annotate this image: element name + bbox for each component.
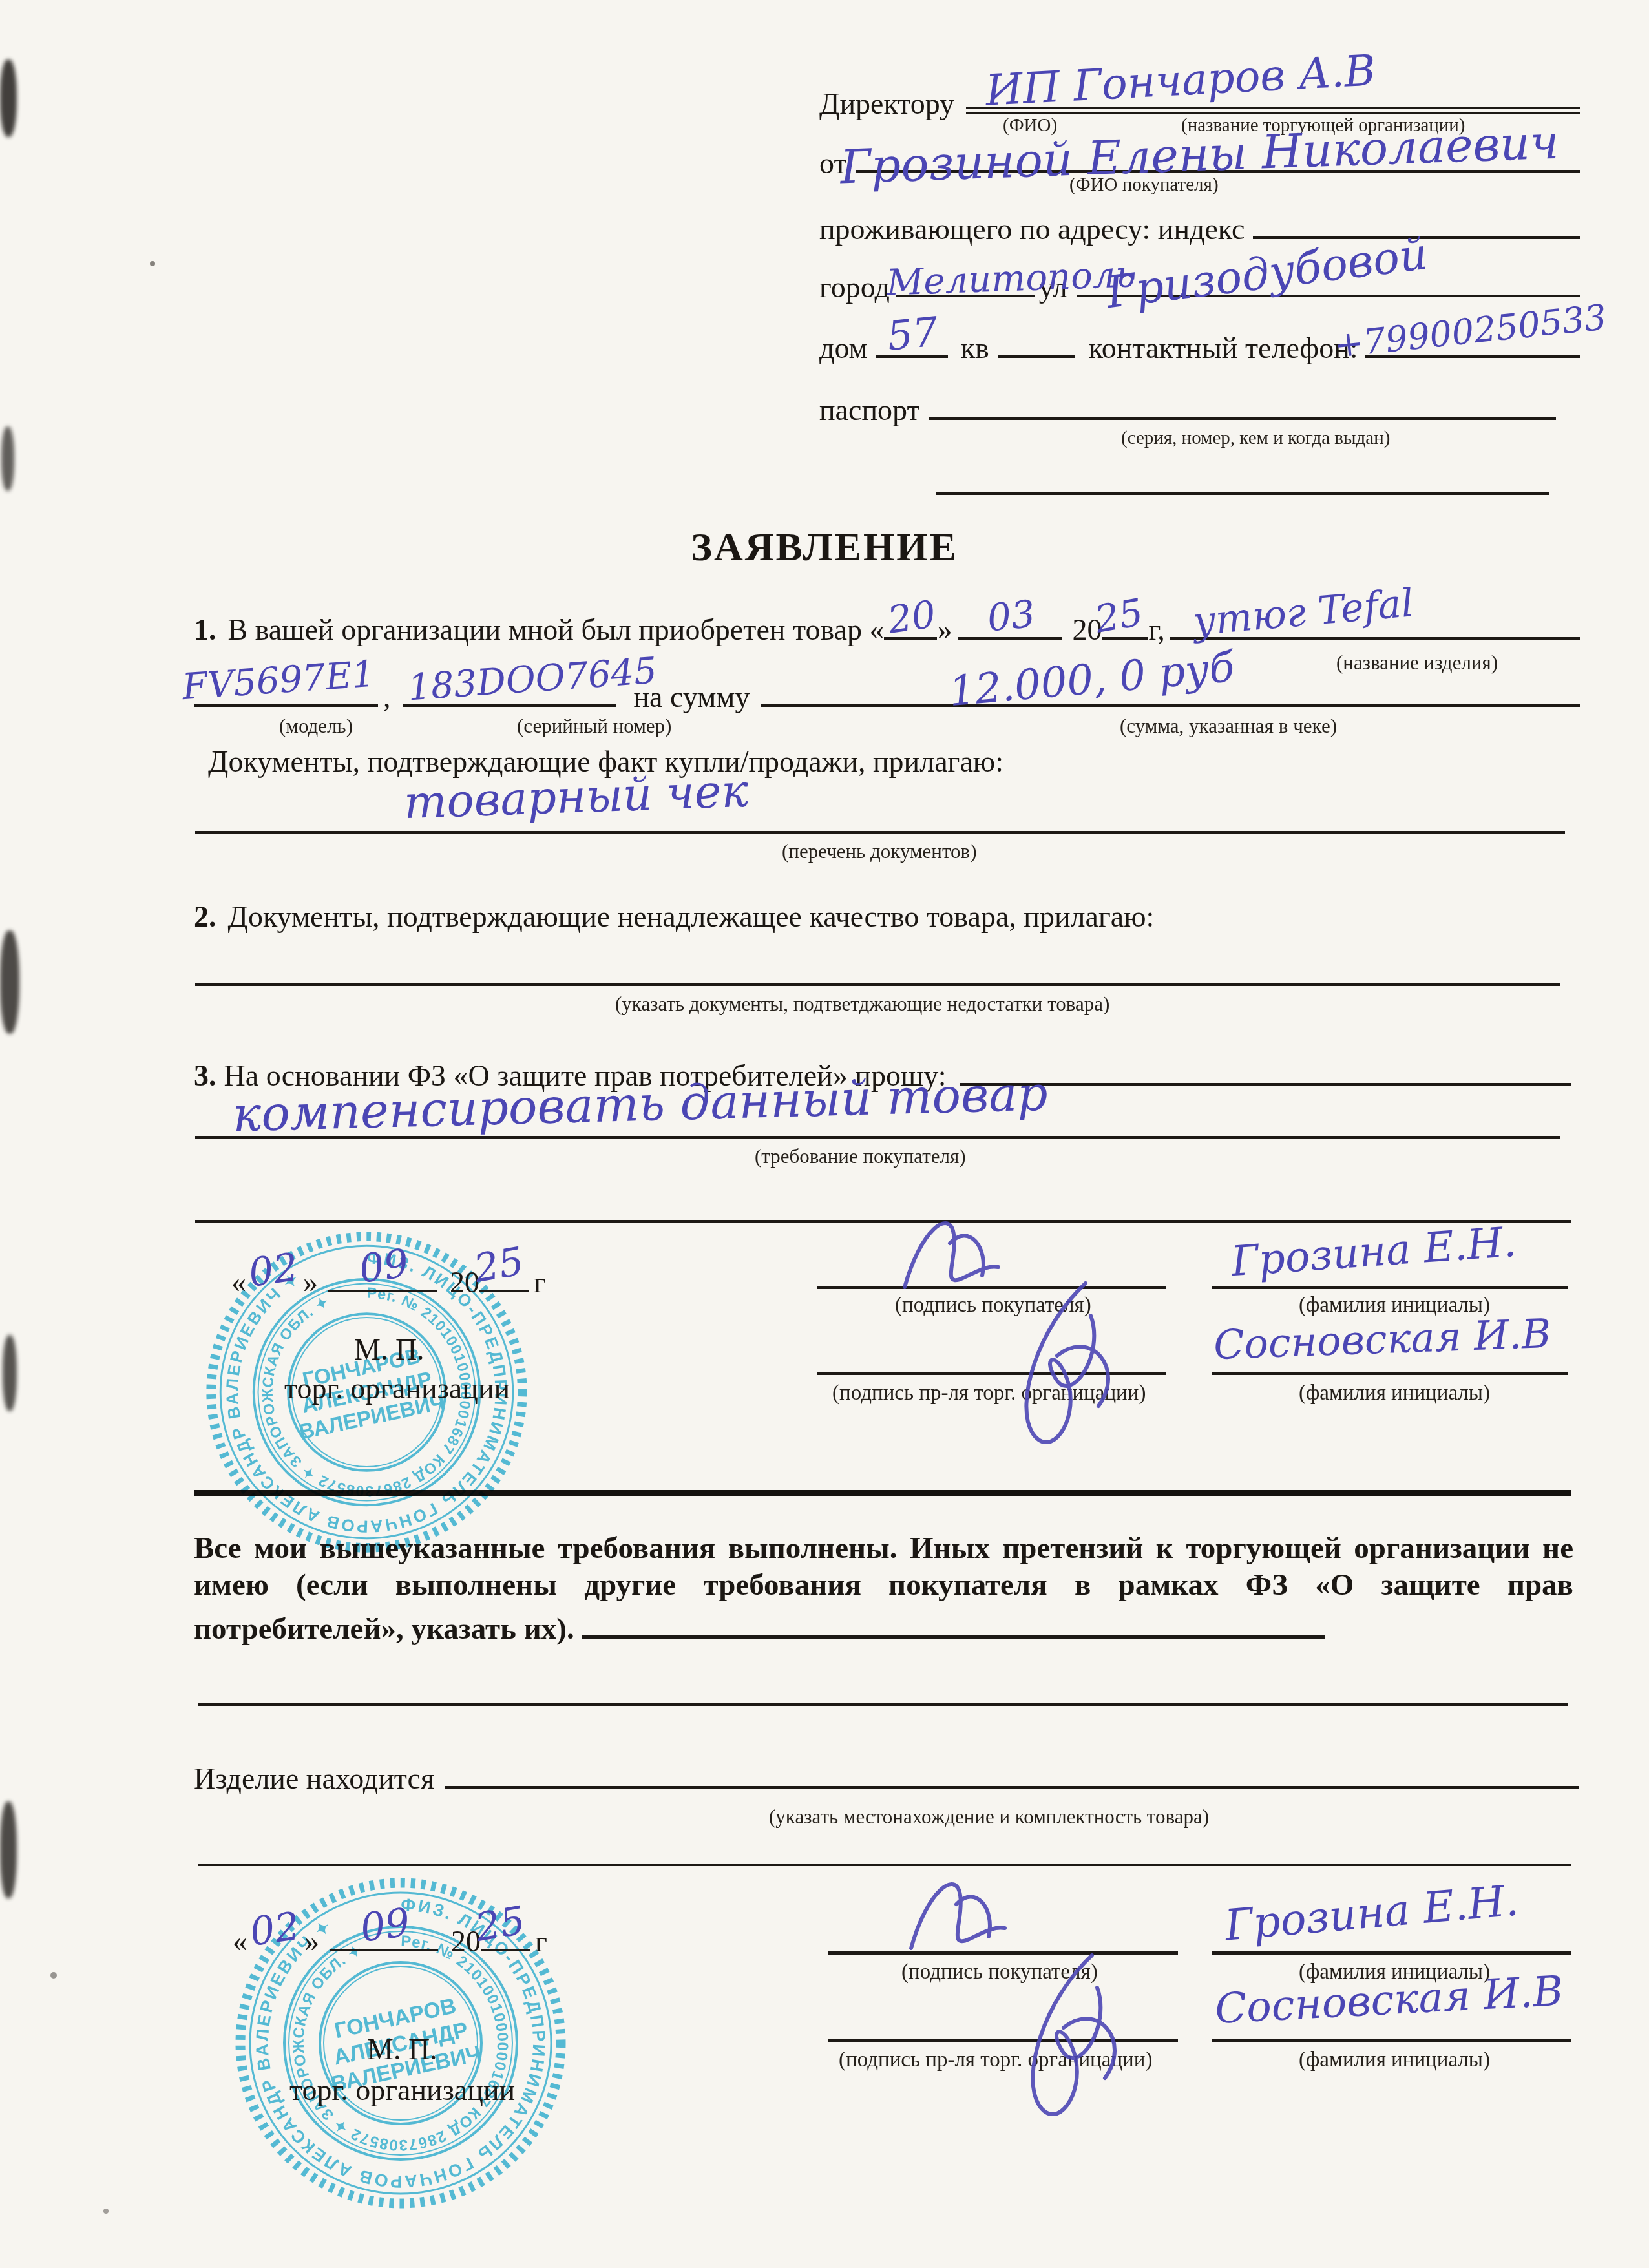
from-row: от Грозиной Елены Николаевич	[819, 139, 1580, 180]
purchase-month-field: 03	[958, 606, 1062, 640]
item2-number: 2.	[194, 899, 216, 934]
seller-signature-2	[930, 1944, 1208, 2131]
scan-smudge-2	[1, 426, 14, 491]
seller-signature-1	[924, 1278, 1202, 1453]
scan-speck-3	[103, 2209, 109, 2214]
caption-item2: (указать документы, подтветджающие недос…	[615, 992, 1109, 1016]
item2-text: Документы, подтверждающие ненадлежащее к…	[228, 899, 1155, 934]
scan-speck-2	[50, 1972, 57, 1979]
passport-field	[929, 386, 1556, 420]
item1-comma: ,	[383, 680, 391, 714]
date1-year-handwriting: 25	[471, 1242, 527, 1288]
passport-row: паспорт	[819, 386, 1556, 427]
date2-year-suffix: г	[535, 1924, 547, 1958]
item2-line	[195, 965, 1560, 986]
closing-blank-field	[582, 1604, 1325, 1639]
phone-handwriting: +79900250533	[1332, 300, 1608, 363]
caption-item3: (требование покупателя)	[755, 1145, 966, 1168]
item1-year-suffix: г,	[1148, 613, 1164, 647]
page-title: ЗАЯВЛЕНИЕ	[0, 525, 1649, 571]
date2-month-field: 09	[330, 1918, 438, 1951]
model-handwriting: FV5697E1	[181, 656, 376, 706]
date1-year-suffix: г	[534, 1265, 546, 1299]
date1-day-field: 02	[246, 1261, 303, 1292]
date1-quote-open: «	[231, 1265, 246, 1299]
item2-row: 2. Документы, подтверждающие ненадлежаще…	[194, 899, 1580, 934]
address-label: проживающего по адресу: индекс	[819, 212, 1245, 246]
purchase-day-field: 20	[884, 606, 937, 640]
director-field: ИП Гончаров А.В	[966, 76, 1580, 114]
purchase-month-handwriting: 03	[986, 595, 1037, 637]
purchase-year-handwriting: 25	[1093, 593, 1146, 638]
director-row: Директору ИП Гончаров А.В	[819, 76, 1580, 121]
city-handwriting: Мелитополь	[886, 257, 1136, 302]
from-field: Грозиной Елены Николаевич	[856, 139, 1581, 173]
location-row: Изделие находится	[194, 1755, 1579, 1796]
date1-month-field: 09	[328, 1259, 437, 1292]
purchase-day-handwriting: 20	[886, 595, 938, 639]
address-row: проживающего по адресу: индекс	[819, 205, 1580, 246]
date-row-1: « 02 » 09 20 25 г	[231, 1259, 546, 1299]
caption-product: (название изделия)	[1336, 651, 1498, 675]
date2-quote-close: »	[304, 1924, 319, 1958]
item1-text: В вашей организации мной был приобретен …	[228, 613, 885, 647]
docs-handwriting: товарный чек	[403, 768, 749, 826]
city-row: город Мелитополь ул Гризодубовой	[819, 264, 1580, 304]
serial-handwriting: 183DOO7645	[406, 653, 658, 707]
mp-label-2: М. П.	[367, 2032, 437, 2066]
mp-label-1: М. П.	[354, 1332, 425, 1367]
caption-model: (модель)	[279, 715, 353, 738]
date2-day-field: 02	[247, 1920, 304, 1951]
purchase-year-field: 25	[1102, 606, 1148, 640]
date1-quote-close: »	[303, 1265, 318, 1299]
passport-extra-line	[936, 473, 1549, 495]
house-label: дом	[819, 331, 868, 365]
date2-year-field: 25	[481, 1918, 530, 1951]
item1-row2: FV5697E1 , 183DOO7645 на сумму 12.000, 0…	[194, 673, 1580, 714]
scan-smudge-3	[0, 930, 19, 1034]
date2-day-handwriting: 02	[247, 1907, 302, 1952]
serial-field: 183DOO7645	[403, 673, 616, 707]
caption-passport: (серия, номер, кем и когда выдан)	[1121, 428, 1390, 449]
director-label: Директору	[819, 87, 954, 121]
location-field	[445, 1755, 1579, 1789]
phone-label: контактный телефон:	[1089, 331, 1358, 365]
house-field: 57	[876, 324, 948, 358]
seller-name-handwriting-1: Сосновская И.В	[1213, 1314, 1551, 1365]
item1-number: 1.	[194, 613, 216, 647]
model-field: FV5697E1	[194, 673, 378, 707]
caption-location: (указать местонахождение и комплектность…	[769, 1805, 1209, 1829]
house-handwriting: 57	[885, 311, 940, 357]
org-label-1: торг. организации	[284, 1371, 510, 1405]
city-field: Мелитополь	[896, 264, 1035, 297]
product-field: утюг Tefal	[1170, 606, 1580, 640]
sum-field: 12.000, 0 руб	[761, 673, 1580, 707]
passport-label: паспорт	[819, 393, 920, 427]
date2-quote-open: «	[233, 1924, 247, 1958]
house-row: дом 57 кв контактный телефон: +799002505…	[819, 324, 1580, 365]
location-label: Изделие находится	[194, 1761, 434, 1796]
from-handwriting: Грозиной Елены Николаевич	[839, 119, 1560, 191]
scan-smudge-1	[0, 59, 17, 137]
docs-line	[195, 813, 1565, 834]
director-handwriting: ИП Гончаров А.В	[985, 50, 1377, 113]
date1-month-handwriting: 09	[357, 1244, 411, 1289]
street-field: Гризодубовой	[1077, 264, 1580, 297]
item1-row: 1. В вашей организации мной был приобрет…	[194, 606, 1580, 647]
phone-field: +79900250533	[1365, 324, 1580, 358]
scan-smudge-4	[3, 1335, 17, 1411]
apt-field	[998, 324, 1075, 358]
caption-docs: (перечень документов)	[782, 840, 977, 863]
closing-extra-line	[198, 1685, 1568, 1706]
caption-initials-1b: (фамилия инициалы)	[1299, 1381, 1490, 1405]
caption-sum: (сумма, указанная в чеке)	[1120, 715, 1337, 738]
date2-month-handwriting: 09	[358, 1903, 412, 1948]
scanned-claim-form: Директору ИП Гончаров А.В (ФИО) (названи…	[0, 0, 1649, 2268]
item1-quote-close: »	[937, 613, 952, 647]
caption-initials-2b: (фамилия инициалы)	[1299, 2048, 1490, 2072]
org-label-2: торг. организации	[289, 2073, 515, 2107]
product-handwriting: утюг Tefal	[1192, 584, 1415, 642]
scan-speck-1	[150, 261, 155, 266]
apt-label: кв	[961, 331, 989, 365]
date1-day-handwriting: 02	[246, 1248, 300, 1293]
scan-smudge-5	[0, 1801, 17, 1898]
date-row-2: « 02 » 09 20 25 г	[233, 1918, 547, 1958]
caption-serial: (серийный номер)	[517, 715, 671, 738]
item3-number: 3.	[194, 1058, 216, 1093]
item3-field	[960, 1052, 1571, 1086]
sum-handwriting: 12.000, 0 руб	[948, 647, 1237, 713]
date2-year-handwriting: 25	[472, 1901, 528, 1948]
city-label: город	[819, 270, 890, 304]
date1-year-field: 25	[479, 1259, 529, 1292]
